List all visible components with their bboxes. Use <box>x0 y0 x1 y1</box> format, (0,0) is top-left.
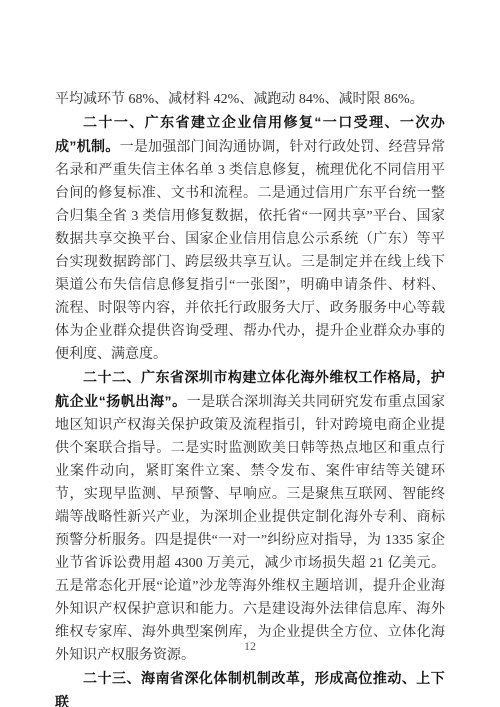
paragraph: 二十一、广东省建立企业信用修复“一口受理、一次办成”机制。一是加强部门间沟通协调… <box>55 111 445 366</box>
paragraph: 二十二、广东省深圳市构建立体化海外维权工作格局，护航企业“扬帆出海”。一是联合深… <box>55 366 445 667</box>
document-text-block: 平均减环节 68%、减材料 42%、减跑动 84%、减时限 86%。 二十一、广… <box>55 88 445 707</box>
paragraph-body: 平均减环节 68%、减材料 42%、减跑动 84%、减时限 86%。 <box>55 92 424 107</box>
paragraph: 平均减环节 68%、减材料 42%、减跑动 84%、减时限 86%。 <box>55 88 445 111</box>
paragraph-body: 一是加强部门间沟通协调，针对行政处罚、经营异常名录和严重失信主体名单 3 类信息… <box>55 140 445 362</box>
document-page: 平均减环节 68%、减材料 42%、减跑动 84%、减时限 86%。 二十一、广… <box>0 0 500 707</box>
paragraph: 二十三、海南省深化体制机制改革，形成高位推动、上下联 <box>55 667 445 707</box>
paragraph-body: 一是联合深圳海关共同研究发布重点国家地区知识产权海关保护政策及流程指引，针对跨境… <box>55 395 445 663</box>
page-number: 12 <box>0 636 500 656</box>
paragraph-lead: 二十三、海南省深化体制机制改革，形成高位推动、上下联 <box>55 670 445 707</box>
